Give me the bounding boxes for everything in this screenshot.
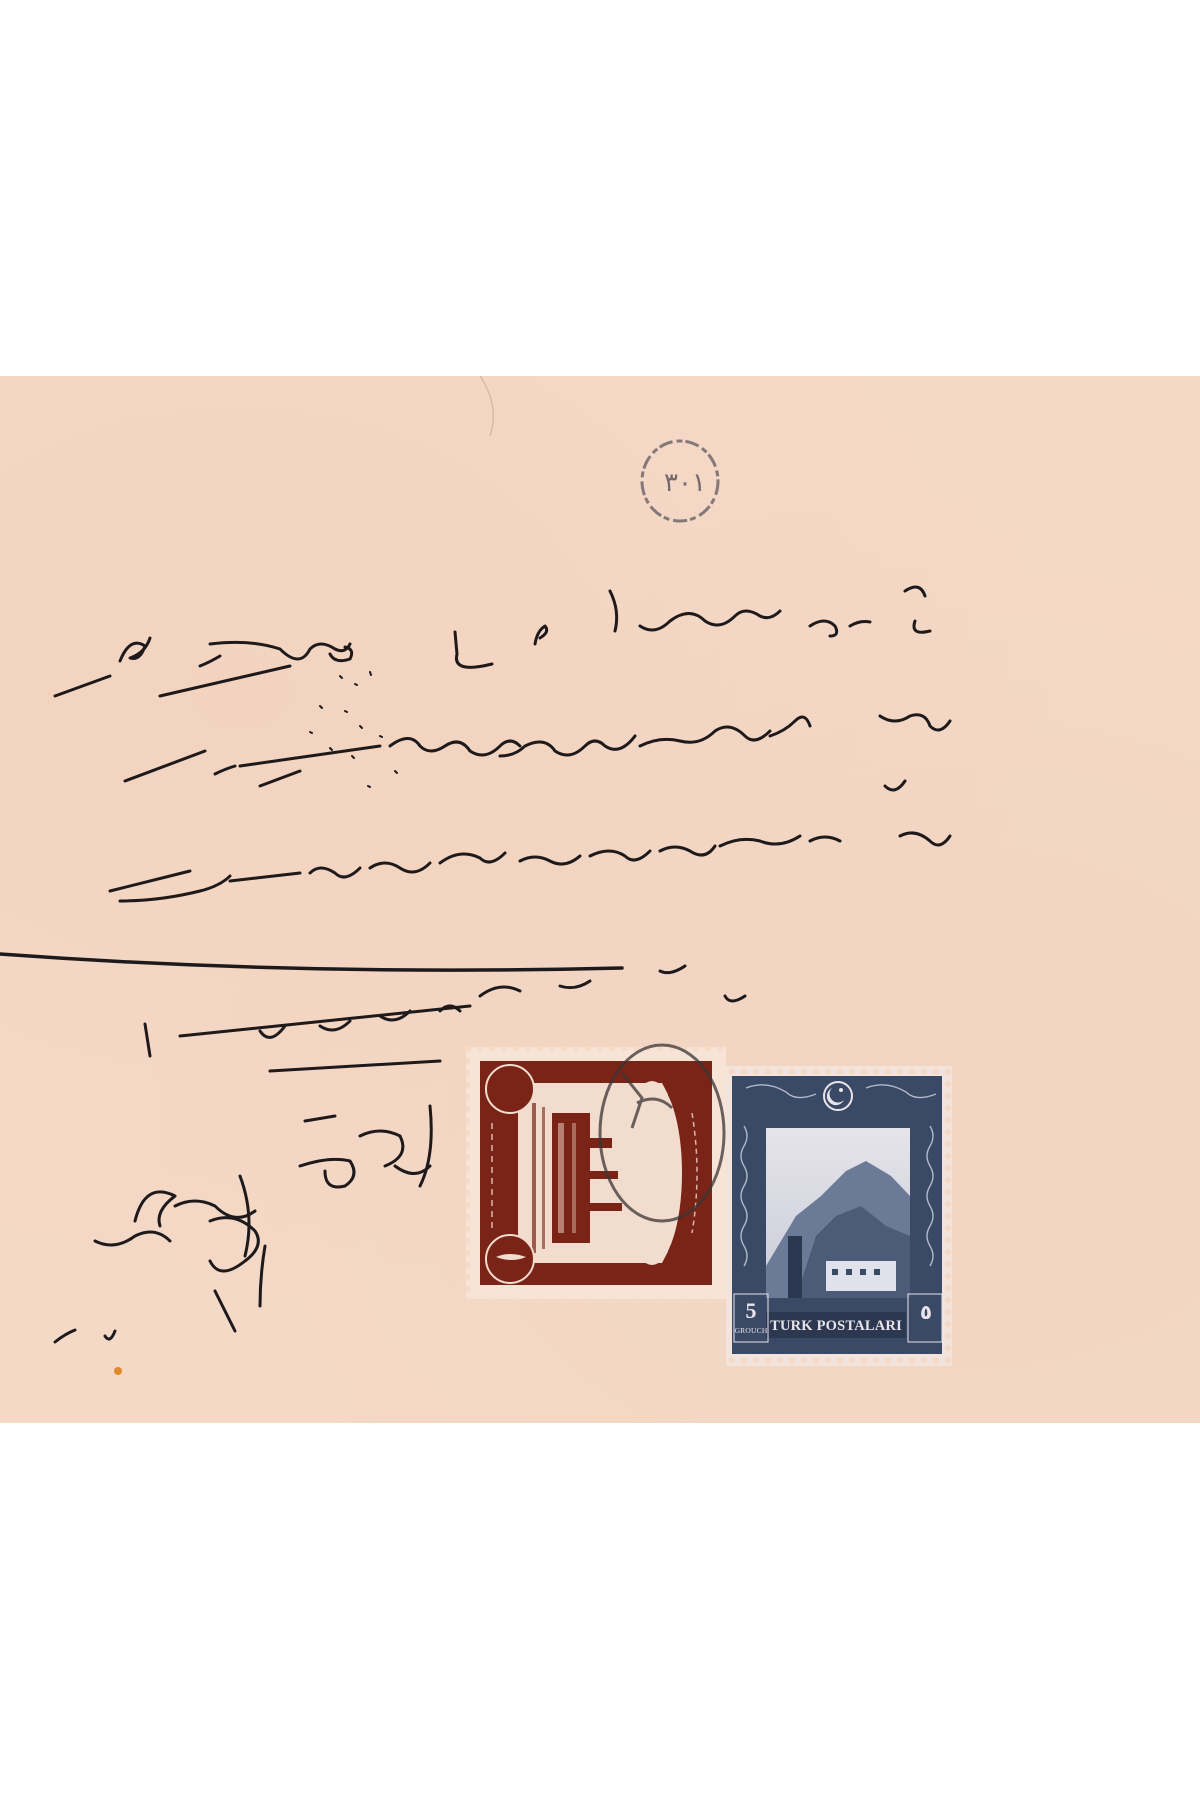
circled-notation: ۳۰۱ (650, 468, 720, 498)
stamp-value-numeral: 5 (734, 1298, 768, 1324)
stamp-5-grouch-blue: 5 GROUCH TURK POSTALARI ٥ (726, 1066, 952, 1366)
stamp-ship-red (462, 1043, 730, 1303)
stamp-value-arabic: ٥ (908, 1300, 944, 1324)
stamp-label: TURK POSTALARI (766, 1314, 906, 1338)
